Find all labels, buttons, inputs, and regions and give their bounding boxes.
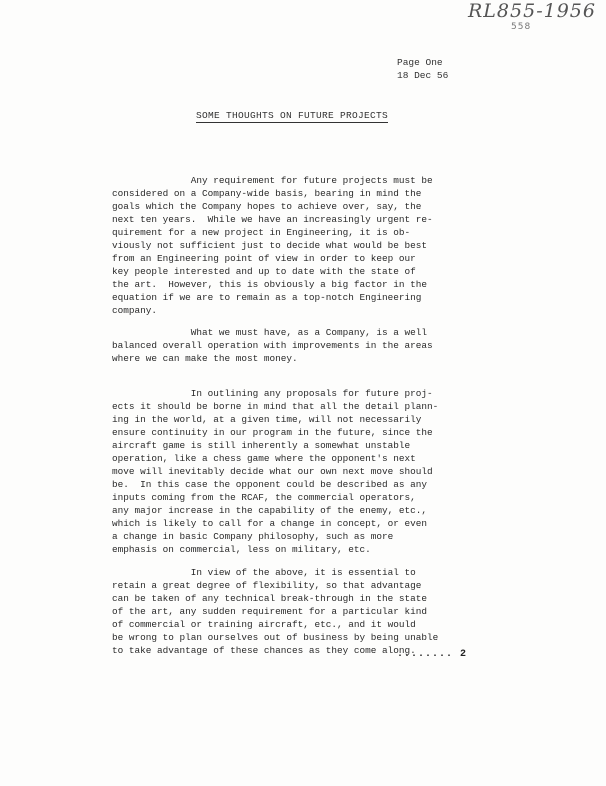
text-line: retain a great degree of flexibility, so… bbox=[112, 579, 512, 592]
text-line: What we must have, as a Company, is a we… bbox=[112, 326, 512, 339]
text-line: emphasis on commercial, less on military… bbox=[112, 543, 512, 556]
text-line: key people interested and up to date wit… bbox=[112, 265, 512, 278]
text-line: considered on a Company-wide basis, bear… bbox=[112, 187, 512, 200]
text-line: a change in basic Company philosophy, su… bbox=[112, 530, 512, 543]
text-line: company. bbox=[112, 304, 512, 317]
text-line: Any requirement for future projects must… bbox=[112, 174, 512, 187]
text-line: of the art, any sudden requirement for a… bbox=[112, 605, 512, 618]
text-line: ects it should be borne in mind that all… bbox=[112, 400, 512, 413]
text-line: from an Engineering point of view in ord… bbox=[112, 252, 512, 265]
text-line: which is likely to call for a change in … bbox=[112, 517, 512, 530]
document-date: 18 Dec 56 bbox=[397, 69, 448, 82]
text-line: where we can make the most money. bbox=[112, 352, 512, 365]
paragraph-3: In outlining any proposals for future pr… bbox=[112, 387, 512, 556]
text-line: In view of the above, it is essential to bbox=[112, 566, 512, 579]
text-line: In outlining any proposals for future pr… bbox=[112, 387, 512, 400]
page-header: Page One 18 Dec 56 bbox=[397, 56, 448, 82]
text-line: aircraft game is still inherently a some… bbox=[112, 439, 512, 452]
paragraph-1: Any requirement for future projects must… bbox=[112, 174, 512, 317]
text-line: be. In this case the opponent could be d… bbox=[112, 478, 512, 491]
text-line: viously not sufficient just to decide wh… bbox=[112, 239, 512, 252]
document-title: SOME THOUGHTS ON FUTURE PROJECTS bbox=[196, 110, 388, 123]
paragraph-4: In view of the above, it is essential to… bbox=[112, 566, 512, 657]
text-line: equation if we are to remain as a top-no… bbox=[112, 291, 512, 304]
paragraph-2: What we must have, as a Company, is a we… bbox=[112, 326, 512, 365]
handwritten-number: 558 bbox=[511, 22, 531, 32]
text-line: ing in the world, at a given time, will … bbox=[112, 413, 512, 426]
text-line: goals which the Company hopes to achieve… bbox=[112, 200, 512, 213]
text-line: can be taken of any technical break-thro… bbox=[112, 592, 512, 605]
document-page: RL855-1956 558 Page One 18 Dec 56 SOME T… bbox=[0, 0, 606, 786]
text-line: balanced overall operation with improvem… bbox=[112, 339, 512, 352]
text-line: the art. However, this is obviously a bi… bbox=[112, 278, 512, 291]
text-line: operation, like a chess game where the o… bbox=[112, 452, 512, 465]
handwritten-reference: RL855-1956 bbox=[468, 0, 596, 22]
text-line: of commercial or training aircraft, etc.… bbox=[112, 618, 512, 631]
text-line: quirement for a new project in Engineeri… bbox=[112, 226, 512, 239]
page-label: Page One bbox=[397, 56, 448, 69]
text-line: any major increase in the capability of … bbox=[112, 504, 512, 517]
text-line: move will inevitably decide what our own… bbox=[112, 465, 512, 478]
text-line: ensure continuity in our program in the … bbox=[112, 426, 512, 439]
text-line: next ten years. While we have an increas… bbox=[112, 213, 512, 226]
text-line: inputs coming from the RCAF, the commerc… bbox=[112, 491, 512, 504]
text-line: be wrong to plan ourselves out of busine… bbox=[112, 631, 512, 644]
page-continuation-marker: ........ 2 bbox=[397, 649, 467, 660]
